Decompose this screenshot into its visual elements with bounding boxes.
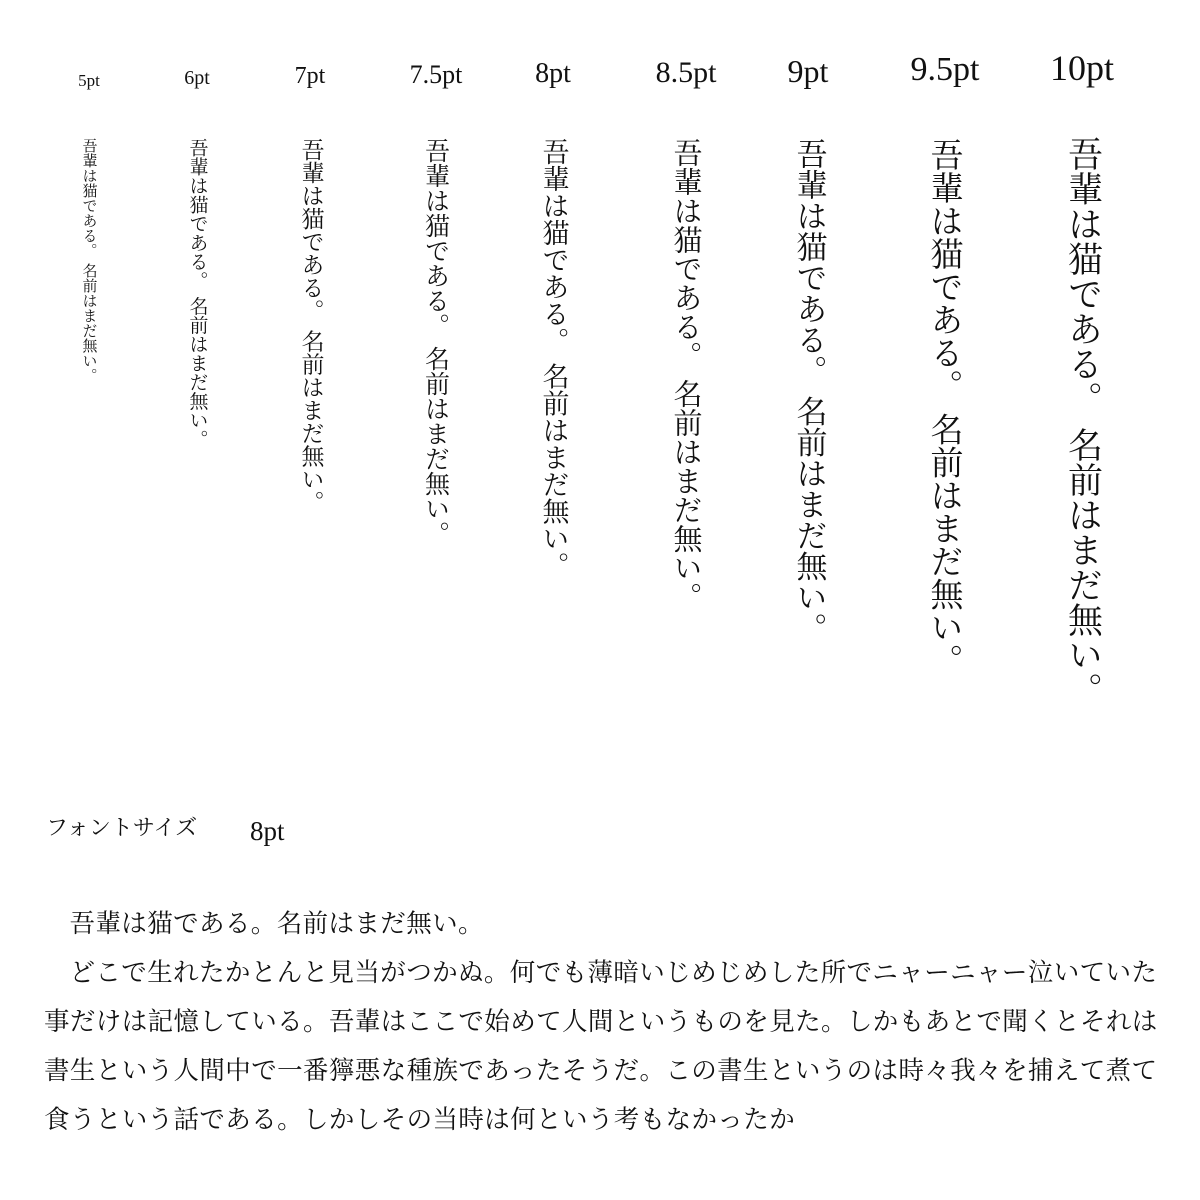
vertical-sample-text: 吾輩は猫である。 名前はまだ無い。 bbox=[188, 138, 207, 448]
size-label: 7pt bbox=[295, 64, 326, 88]
vertical-sample-text: 吾輩は猫である。 名前はまだ無い。 bbox=[82, 138, 97, 383]
vertical-sample-text: 吾輩は猫である。 名前はまだ無い。 bbox=[929, 138, 962, 677]
size-label: 9.5pt bbox=[911, 53, 980, 87]
vertical-sample-text: 吾輩は猫である。 名前はまだ無い。 bbox=[540, 138, 567, 579]
size-label: 8.5pt bbox=[656, 58, 717, 88]
vertical-sample-text: 吾輩は猫である。 名前はまだ無い。 bbox=[299, 138, 322, 513]
body-text-sample: 吾輩は猫である。名前はまだ無い。 どこで生れたかとんと見当がつかぬ。何でも薄暗い… bbox=[44, 900, 1168, 1145]
size-label: 9pt bbox=[788, 55, 829, 87]
size-label: 6pt bbox=[184, 68, 210, 88]
size-label: 5pt bbox=[78, 72, 100, 89]
caption-label: フォントサイズ bbox=[46, 818, 197, 840]
size-label: 10pt bbox=[1050, 50, 1114, 86]
vertical-sample-text: 吾輩は猫である。 名前はまだ無い。 bbox=[424, 138, 449, 546]
vertical-sample-text: 吾輩は猫である。 名前はまだ無い。 bbox=[672, 138, 701, 611]
size-label: 8pt bbox=[535, 60, 571, 88]
caption-font-size: 8pt bbox=[250, 818, 285, 845]
size-label: 7.5pt bbox=[410, 62, 463, 88]
paragraph: どこで生れたかとんと見当がつかぬ。何でも薄暗いじめじめした所でニャーニャー泣いて… bbox=[44, 949, 1168, 1145]
paragraph: 吾輩は猫である。名前はまだ無い。 bbox=[44, 900, 1168, 949]
vertical-sample-text: 吾輩は猫である。 名前はまだ無い。 bbox=[1065, 136, 1100, 707]
vertical-sample-text: 吾輩は猫である。 名前はまだ無い。 bbox=[793, 138, 824, 644]
